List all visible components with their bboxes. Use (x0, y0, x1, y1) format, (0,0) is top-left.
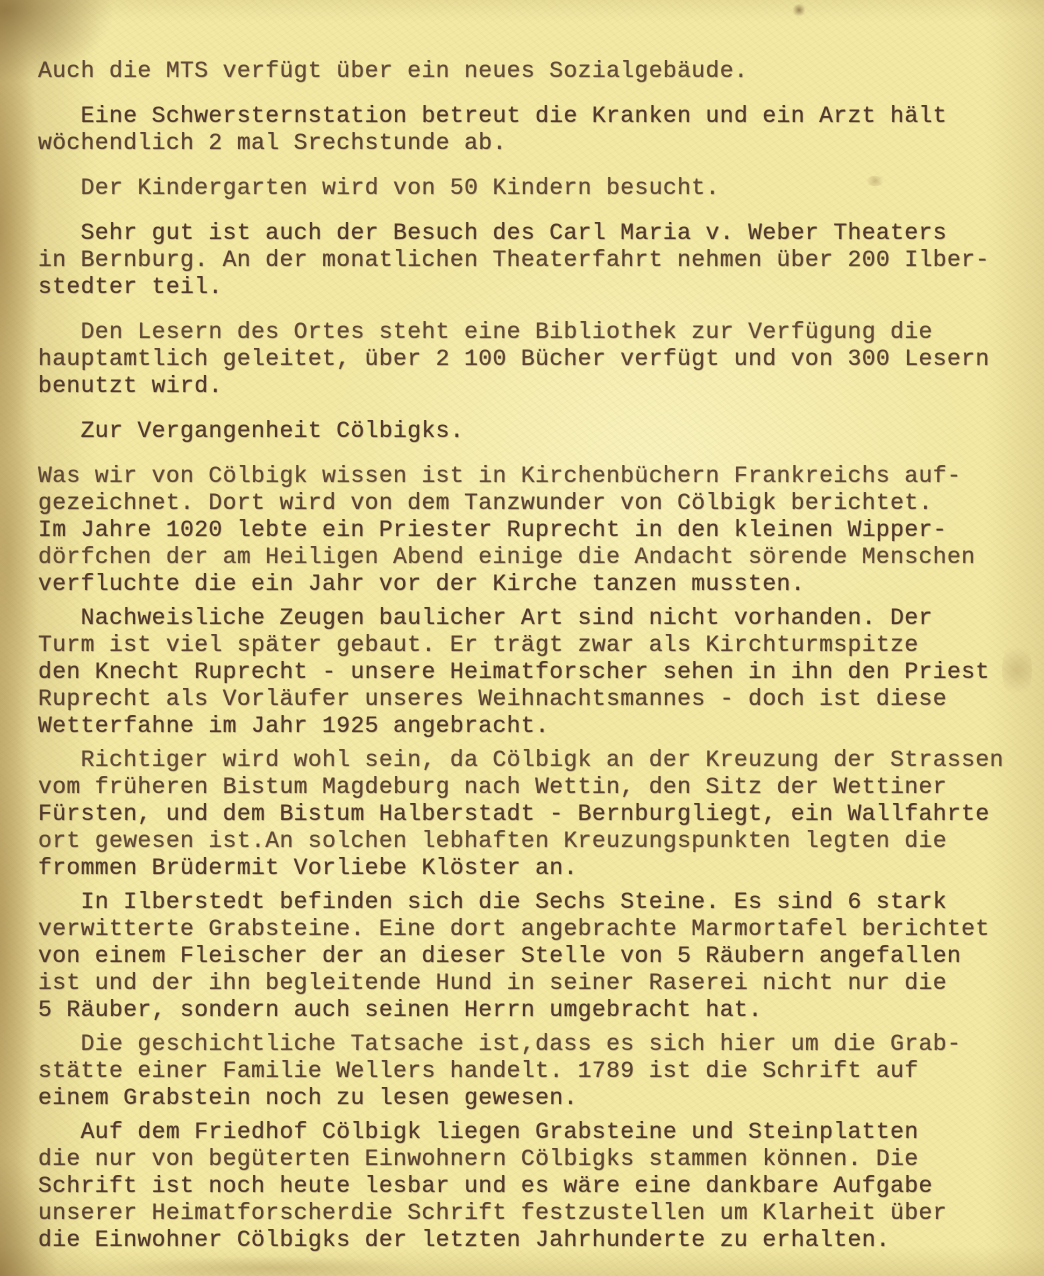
text-line: die nur von begüterten Einwohnern Cölbig… (38, 1146, 1026, 1173)
paragraph: Auf dem Friedhof Cölbigk liegen Grabstei… (38, 1119, 1026, 1254)
text-line: Sehr gut ist auch der Besuch des Carl Ma… (38, 220, 1026, 247)
text-line: Den Lesern des Ortes steht eine Biblioth… (38, 319, 1026, 346)
text-line: wöchendlich 2 mal Srechstunde ab. (38, 130, 1026, 157)
text-line: Die geschichtliche Tatsache ist,dass es … (38, 1031, 1026, 1058)
document-content: Auch die MTS verfügt über ein neues Sozi… (38, 58, 1026, 1276)
paragraph: Der Kindergarten wird von 50 Kindern bes… (38, 175, 1026, 202)
text-line: verwitterte Grabsteine. Eine dort angebr… (38, 916, 1026, 943)
text-line: Eine Schwersternstation betreut die Kran… (38, 103, 1026, 130)
text-line: dörfchen der am Heiligen Abend einige di… (38, 544, 1026, 571)
text-line: Der Kindergarten wird von 50 Kindern bes… (38, 175, 1026, 202)
text-line: Ruprecht als Vorläufer unseres Weihnacht… (38, 686, 1026, 713)
text-line: In Ilberstedt befinden sich die Sechs St… (38, 889, 1026, 916)
paragraph: Sehr gut ist auch der Besuch des Carl Ma… (38, 220, 1026, 301)
paragraph: Eine Schwersternstation betreut die Kran… (38, 103, 1026, 157)
paragraph: Richtiger wird wohl sein, da Cölbigk an … (38, 747, 1026, 882)
text-line: unserer Heimatforscherdie Schrift festzu… (38, 1200, 1026, 1227)
paragraph: Was wir von Cölbigk wissen ist in Kirche… (38, 463, 1026, 598)
text-line: stedter teil. (38, 274, 1026, 301)
text-line: Was wir von Cölbigk wissen ist in Kirche… (38, 463, 1026, 490)
text-line: Auch die MTS verfügt über ein neues Sozi… (38, 58, 1026, 85)
text-line: Turm ist viel später gebaut. Er trägt zw… (38, 632, 1026, 659)
text-line: vom früheren Bistum Magdeburg nach Wetti… (38, 774, 1026, 801)
text-line: stätte einer Familie Wellers handelt. 17… (38, 1058, 1026, 1085)
paragraph: Nachweisliche Zeugen baulicher Art sind … (38, 605, 1026, 740)
text-line: ist und der ihn begleitende Hund in sein… (38, 970, 1026, 997)
paragraph: Auch die MTS verfügt über ein neues Sozi… (38, 58, 1026, 85)
text-line: frommen Brüdermit Vorliebe Klöster an. (38, 855, 1026, 882)
text-line: Fürsten, und dem Bistum Halberstadt - Be… (38, 801, 1026, 828)
text-line: Richtiger wird wohl sein, da Cölbigk an … (38, 747, 1026, 774)
text-line: benutzt wird. (38, 373, 1026, 400)
text-line: einem Grabstein noch zu lesen gewesen. (38, 1085, 1026, 1112)
paragraph: In Ilberstedt befinden sich die Sechs St… (38, 889, 1026, 1024)
paper-stain (792, 4, 806, 16)
text-line: 5 Räuber, sondern auch seinen Herrn umge… (38, 997, 1026, 1024)
paragraph: Zur Vergangenheit Cölbigks. (38, 418, 1026, 445)
text-line: den Knecht Ruprecht - unsere Heimatforsc… (38, 659, 1026, 686)
text-line: Wetterfahne im Jahr 1925 angebracht. (38, 713, 1026, 740)
text-line: verfluchte die ein Jahr vor der Kirche t… (38, 571, 1026, 598)
document-page: Auch die MTS verfügt über ein neues Sozi… (0, 0, 1044, 1276)
text-line: in Bernburg. An der monatlichen Theaterf… (38, 247, 1026, 274)
text-line: die Einwohner Cölbigks der letzten Jahrh… (38, 1227, 1026, 1254)
text-line: gezeichnet. Dort wird von dem Tanzwunder… (38, 490, 1026, 517)
text-line: von einem Fleischer der an dieser Stelle… (38, 943, 1026, 970)
text-line: Im Jahre 1020 lebte ein Priester Ruprech… (38, 517, 1026, 544)
text-line: Schrift ist noch heute lesbar und es wär… (38, 1173, 1026, 1200)
text-line: Nachweisliche Zeugen baulicher Art sind … (38, 605, 1026, 632)
text-line: Auf dem Friedhof Cölbigk liegen Grabstei… (38, 1119, 1026, 1146)
paragraph: Die geschichtliche Tatsache ist,dass es … (38, 1031, 1026, 1112)
paragraph: Den Lesern des Ortes steht eine Biblioth… (38, 319, 1026, 400)
text-line: Zur Vergangenheit Cölbigks. (38, 418, 1026, 445)
text-line: ort gewesen ist.An solchen lebhaften Kre… (38, 828, 1026, 855)
text-line: hauptamtlich geleitet, über 2 100 Bücher… (38, 346, 1026, 373)
